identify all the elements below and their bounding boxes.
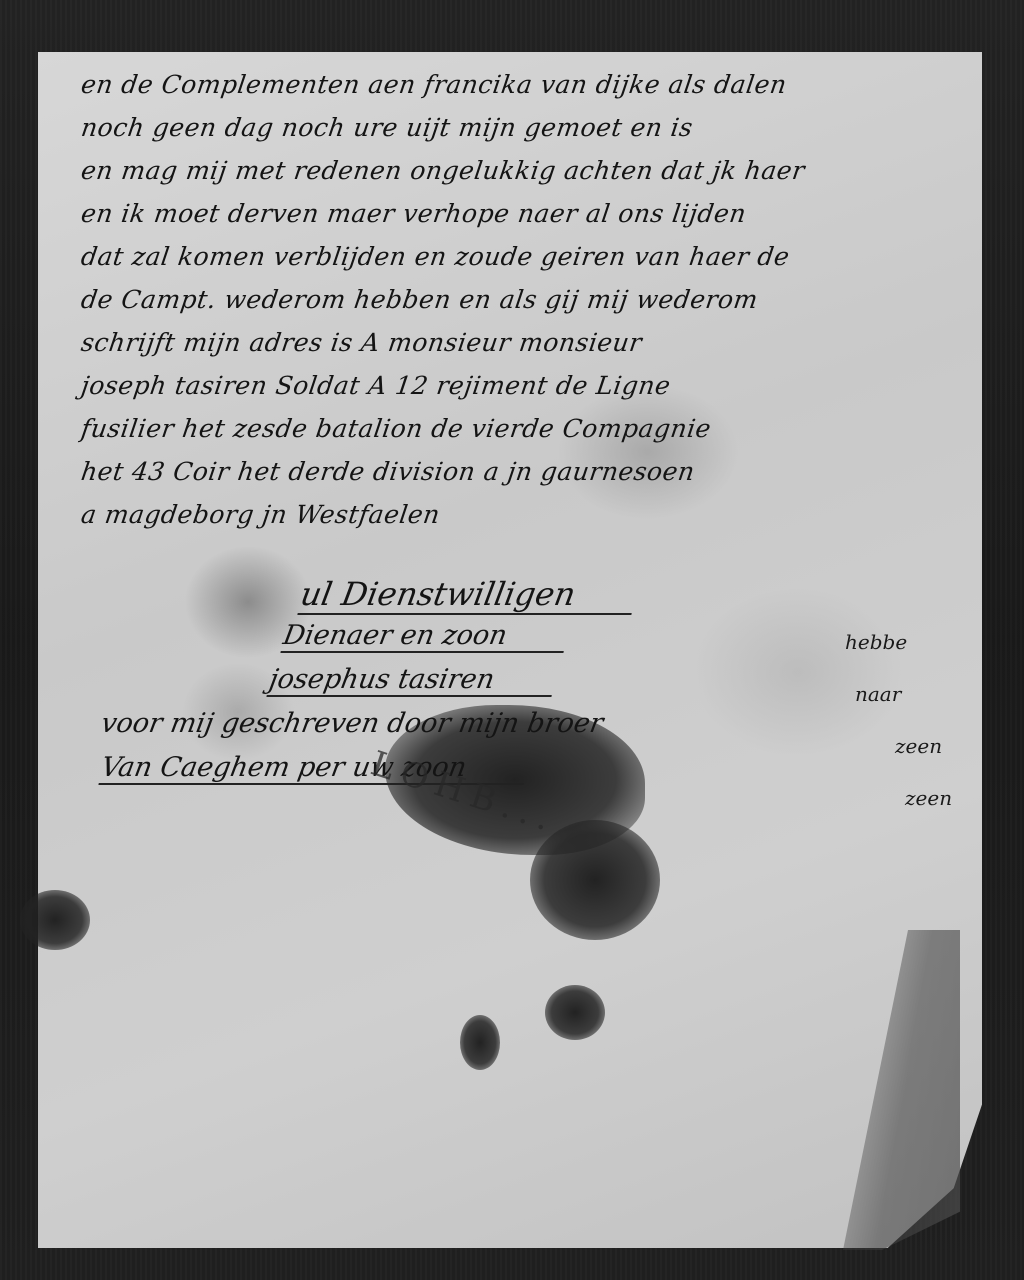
letter-line: en mag mij met redenen ongelukkig achten… (77, 158, 973, 201)
scribe-note: voor mij geschreven door mijn broer (96, 710, 804, 754)
signature-name: josephus tasiren (96, 666, 804, 710)
letter-line: de Campt. wederom hebben en als gij mij … (77, 287, 973, 330)
ink-stain-small (545, 985, 605, 1040)
torn-margin-text: hebbe naar zeen zeen (845, 630, 955, 838)
margin-fragment: zeen (845, 786, 955, 838)
letter-line: a magdeborg jn Westfaelen (77, 502, 973, 545)
ink-stain-left-edge (20, 890, 90, 950)
letter-line: schrijft mijn adres is A monsieur monsie… (77, 330, 973, 373)
margin-fragment: hebbe (845, 630, 955, 682)
margin-fragment: zeen (845, 734, 955, 786)
letter-line: fusilier het zesde batalion de vierde Co… (77, 416, 973, 459)
letter-line: joseph tasiren Soldat A 12 rejiment de L… (77, 373, 973, 416)
letter-line: dat zal komen verblijden en zoude geiren… (77, 244, 973, 287)
letter-line: en de Complementen aen francika van dijk… (77, 72, 973, 115)
letter-line: het 43 Coir het derde division a jn gaur… (77, 459, 973, 502)
margin-fragment: naar (845, 682, 955, 734)
letter-closing: ul Dienstwilligen Dienaer en zoon joseph… (100, 578, 800, 798)
letter-body: en de Complementen aen francika van dijk… (80, 72, 970, 545)
letter-line: en ik moet derven maer verhope naer al o… (77, 201, 973, 244)
letter-line: noch geen dag noch ure uijt mijn gemoet … (77, 115, 973, 158)
closing-salutation: ul Dienstwilligen (96, 578, 804, 622)
closing-servant-son: Dienaer en zoon (96, 622, 804, 666)
ink-stain-small (460, 1015, 500, 1070)
